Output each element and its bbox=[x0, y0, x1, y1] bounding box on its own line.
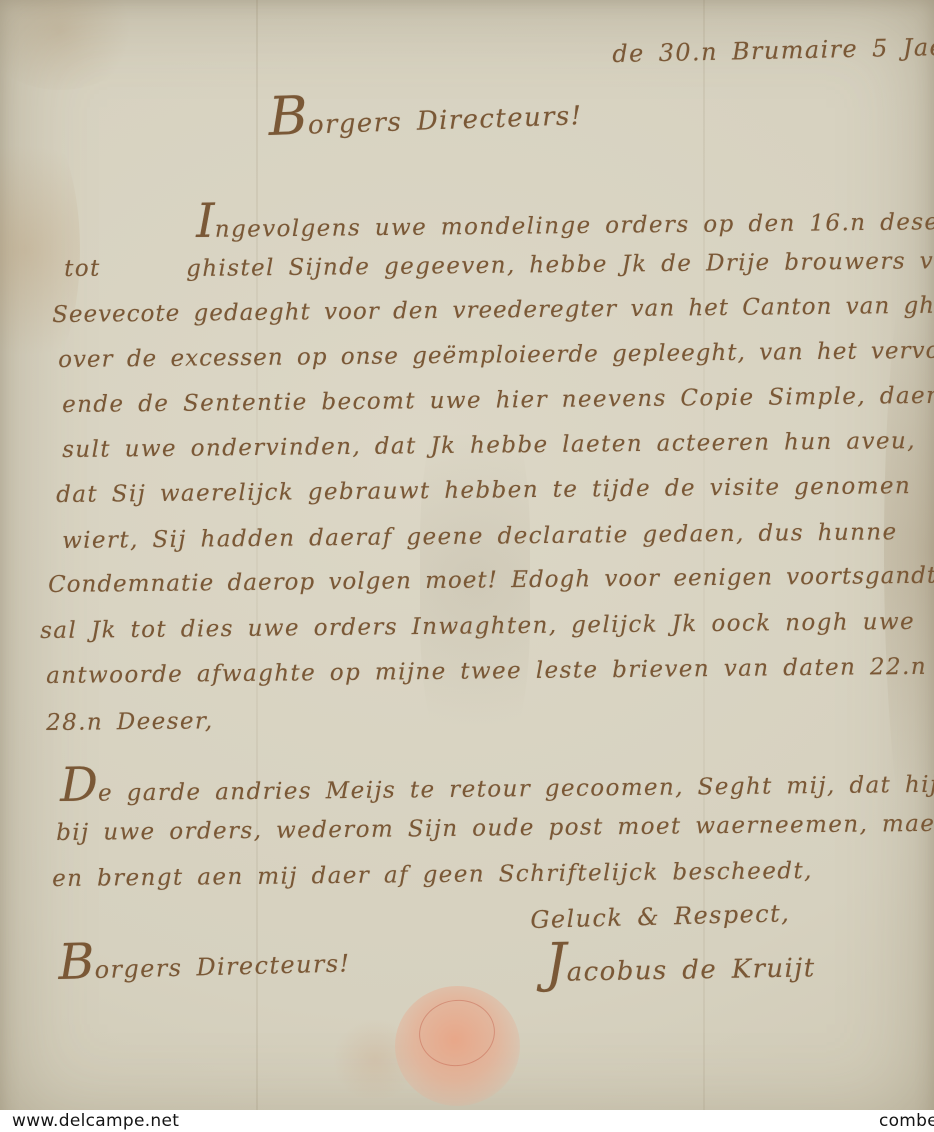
watermark-text-left: www.delcampe.net bbox=[12, 1111, 179, 1131]
watermark-text-right: combe bbox=[879, 1111, 934, 1131]
red-wax-seal bbox=[395, 986, 520, 1106]
watermark-bar: www.delcampe.net combe bbox=[0, 1110, 934, 1132]
seal-ring bbox=[415, 995, 499, 1071]
signature: Jacobus de Kruijt bbox=[545, 945, 816, 988]
tot-margin-word: tot bbox=[64, 256, 101, 282]
body-line-12: 28.n Deeser, bbox=[46, 708, 214, 736]
scanned-letter-photo: de 30.n Brumaire 5 Jaer Borgers Directeu… bbox=[0, 0, 934, 1132]
